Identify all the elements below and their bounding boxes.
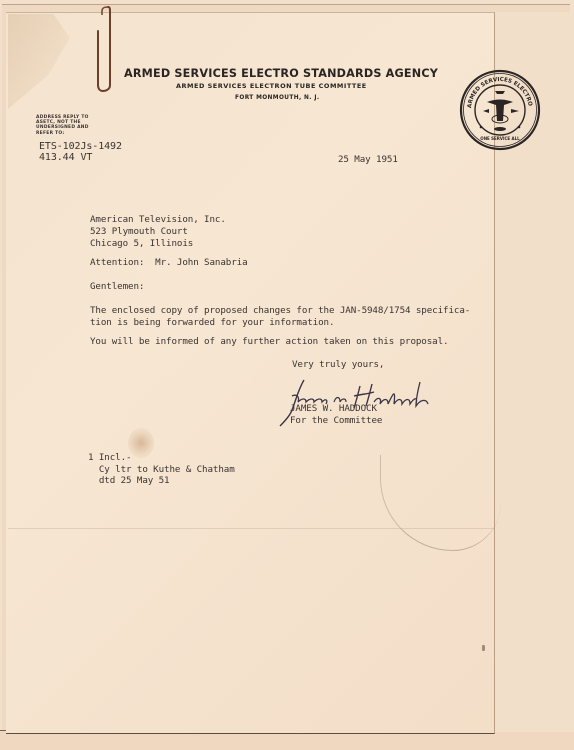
attention-line: Attention: Mr. John Sanabria: [90, 257, 248, 269]
file-code: 413.44 VT: [39, 152, 92, 164]
salutation: Gentlemen:: [90, 281, 144, 293]
paper-clip-icon: [94, 5, 112, 93]
agency-seal-icon: ARMED SERVICES ELECTRO STANDARDS AGENCY …: [459, 69, 541, 151]
agency-location: FORT MONMOUTH, N. J.: [235, 95, 319, 101]
enclosure-note: 1 Incl.- Cy ltr to Kuthe & Chatham dtd 2…: [88, 452, 235, 487]
signer-block: JAMES W. HADDOCK For the Committee: [290, 403, 382, 426]
ink-speck: [482, 645, 485, 651]
committee-name: ARMED SERVICES ELECTRON TUBE COMMITTEE: [176, 82, 367, 90]
body-paragraph-2: You will be informed of any further acti…: [90, 336, 448, 348]
body-paragraph-1: The enclosed copy of proposed changes fo…: [90, 305, 470, 329]
svg-text:ONE SERVICE ALL: ONE SERVICE ALL: [480, 136, 520, 141]
complimentary-close: Very truly yours,: [292, 359, 384, 371]
reply-instructions: ADDRESS REPLY TO ASETC, NOT THE UNDERSIG…: [36, 115, 106, 136]
agency-name: ARMED SERVICES ELECTRO STANDARDS AGENCY: [124, 67, 440, 80]
recipient-address: American Television, Inc. 523 Plymouth C…: [90, 214, 226, 249]
letter-date: 25 May 1951: [338, 154, 398, 166]
scanned-document: ARMED SERVICES ELECTRO STANDARDS AGENCY …: [0, 0, 574, 750]
